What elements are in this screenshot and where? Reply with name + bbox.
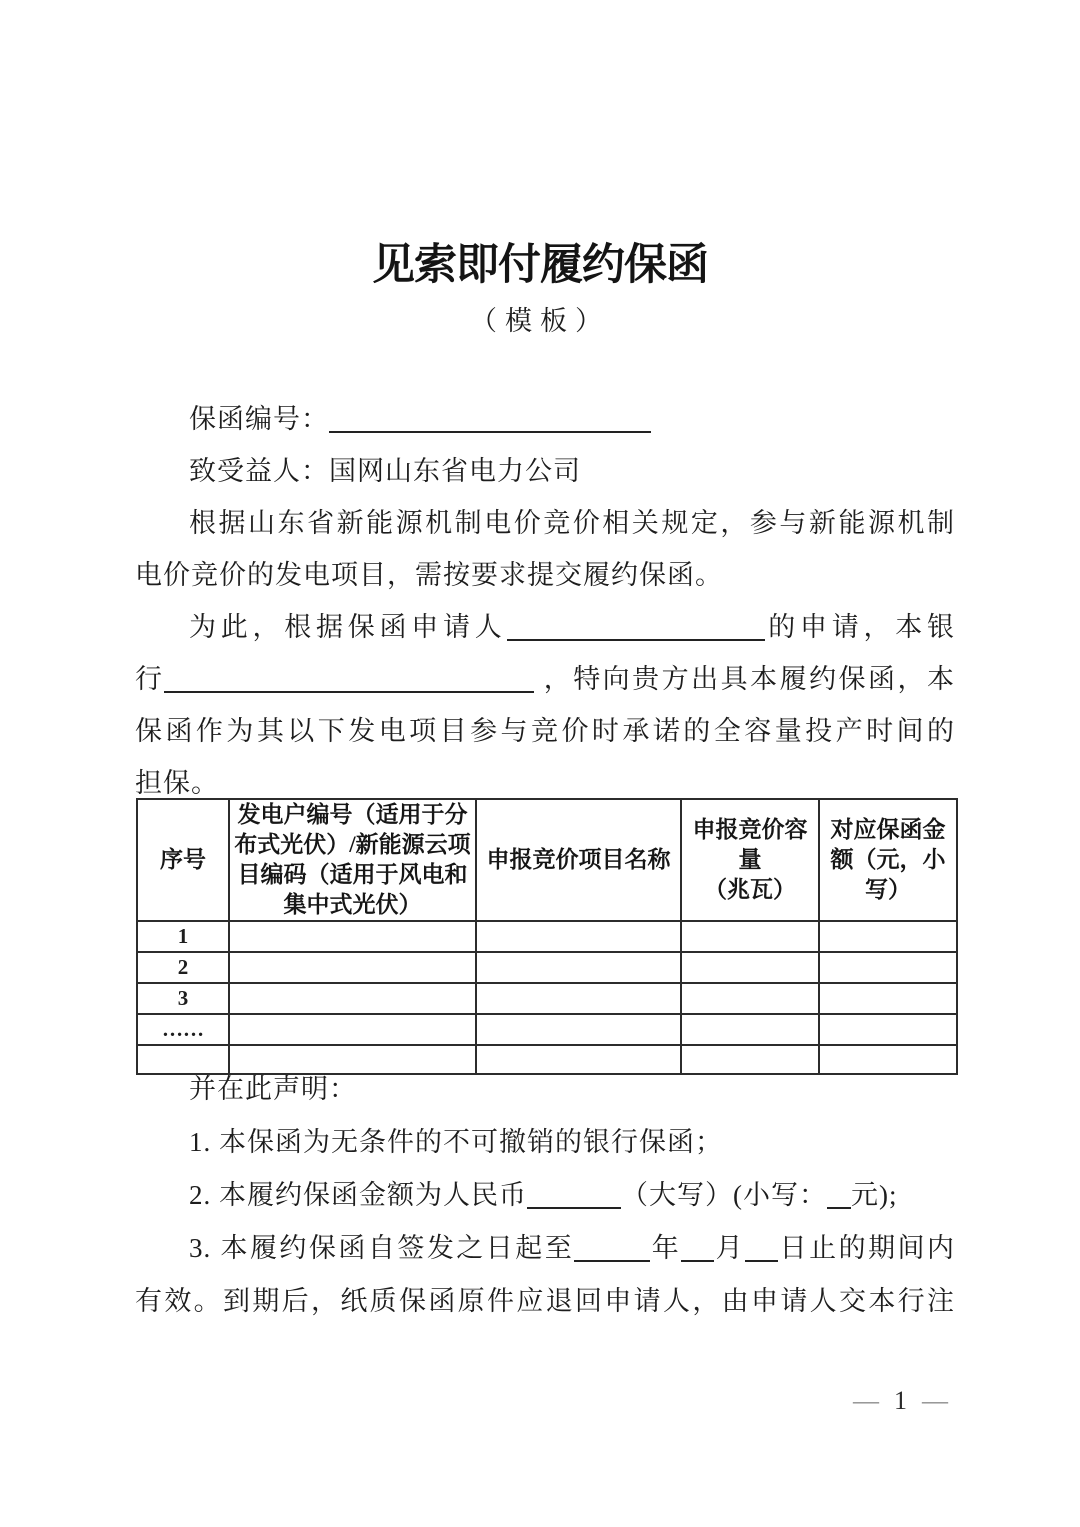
fill-in-blank [574, 1235, 650, 1262]
text-run: 保函作为其以下发电项目参与竞价时承诺的全容量投产时间的 [135, 716, 955, 746]
table-cell [476, 1014, 681, 1045]
body-text-block: 保函编号：致受益人：国网山东省电力公司根据山东省新能源机制电价竞价相关规定，参与… [135, 393, 955, 809]
fill-in-blank [527, 1182, 621, 1209]
table-cell [476, 952, 681, 983]
table-header-cell: 对应保函金 额（元，小 写） [819, 799, 957, 921]
table-header-cell: 发电户编号（适用于分 布式光伏）/新能源云项 目编码（适用于风电和 集中式光伏） [229, 799, 476, 921]
title-block: 见索即付履约保函 （模板） [0, 240, 1080, 338]
table-row: …… [137, 1014, 957, 1045]
table-cell [681, 921, 819, 952]
table-cell [819, 921, 957, 952]
table-cell: …… [137, 1014, 229, 1045]
intro-line-1: 根据山东省新能源机制电价竞价相关规定，参与新能源机制 [135, 497, 955, 549]
table-row: 3 [137, 983, 957, 1014]
table-row: 1 [137, 921, 957, 952]
table-cell [229, 983, 476, 1014]
declare-intro: 并在此声明： [135, 1063, 955, 1116]
table-cell [819, 1014, 957, 1045]
text-run: 1. 本保函为无条件的不可撤销的银行保函； [189, 1127, 723, 1157]
table-cell [229, 952, 476, 983]
table-cell [229, 1014, 476, 1045]
document-subtitle: （模板） [0, 304, 1080, 338]
declare-item-3-line-1: 3. 本履约保函自签发之日起至年月日止的期间内 [135, 1222, 955, 1275]
table-cell [476, 921, 681, 952]
fill-in-blank [827, 1182, 851, 1209]
request-line-1: 为此，根据保函申请人的申请，本银 [135, 601, 955, 653]
table-header-cell: 序号 [137, 799, 229, 921]
text-run: 2. 本履约保函金额为人民币 [189, 1180, 527, 1210]
intro-line-2: 电价竞价的发电项目，需按要求提交履约保函。 [135, 549, 955, 601]
text-run: （大写）(小写： [621, 1180, 827, 1210]
text-run: 致受益人：国网山东省电力公司 [189, 456, 581, 486]
table-row: 2 [137, 952, 957, 983]
table-header-row: 序号发电户编号（适用于分 布式光伏）/新能源云项 目编码（适用于风电和 集中式光… [137, 799, 957, 921]
page-number: 1 [894, 1386, 907, 1416]
request-line-2: 行 ，特向贵方出具本履约保函，本 [135, 653, 955, 705]
table-header-cell: 申报竞价容 量 （兆瓦） [681, 799, 819, 921]
text-run: 月 [714, 1233, 745, 1263]
fill-in-blank [329, 406, 651, 433]
document-title: 见索即付履约保函 [0, 240, 1080, 290]
fill-in-blank [681, 1235, 714, 1262]
text-run: 的申请，本银 [765, 612, 956, 642]
fill-in-blank [507, 614, 765, 641]
footer-left-dash: — [853, 1386, 879, 1416]
text-run: 年 [650, 1233, 681, 1263]
bid-projects-table: 序号发电户编号（适用于分 布式光伏）/新能源云项 目编码（适用于风电和 集中式光… [136, 798, 958, 1075]
bid-projects-table-wrap: 序号发电户编号（适用于分 布式光伏）/新能源云项 目编码（适用于风电和 集中式光… [136, 798, 956, 1075]
text-run: 担保。 [135, 768, 219, 798]
text-run: 3. 本履约保函自签发之日起至 [189, 1233, 574, 1263]
declarations-block: 并在此声明：1. 本保函为无条件的不可撤销的银行保函；2. 本履约保函金额为人民… [135, 1063, 955, 1328]
text-run: 元); [851, 1180, 898, 1210]
table-cell [819, 983, 957, 1014]
document-page: 见索即付履约保函 （模板） 保函编号：致受益人：国网山东省电力公司根据山东省新能… [0, 0, 1080, 1527]
table-cell: 3 [137, 983, 229, 1014]
declare-item-3-line-2: 有效。到期后，纸质保函原件应退回申请人，由申请人交本行注 [135, 1275, 955, 1328]
table-cell [681, 1014, 819, 1045]
table-cell [681, 983, 819, 1014]
fill-in-blank [745, 1235, 778, 1262]
text-run: 日止的期间内 [778, 1233, 955, 1263]
guarantee-number-line: 保函编号： [135, 393, 955, 445]
text-run: 并在此声明： [189, 1074, 357, 1104]
fill-in-blank [164, 666, 534, 693]
table-cell: 1 [137, 921, 229, 952]
table-cell [229, 921, 476, 952]
declare-item-1: 1. 本保函为无条件的不可撤销的银行保函； [135, 1116, 955, 1169]
footer-right-dash: — [922, 1386, 948, 1416]
table-cell [819, 952, 957, 983]
text-run: 行 [135, 664, 164, 694]
text-run: 为此，根据保函申请人 [189, 612, 507, 642]
text-run: 保函编号： [189, 404, 329, 434]
beneficiary-line: 致受益人：国网山东省电力公司 [135, 445, 955, 497]
table-cell: 2 [137, 952, 229, 983]
page-footer: — 1 — [853, 1386, 948, 1416]
text-run: 根据山东省新能源机制电价竞价相关规定，参与新能源机制 [189, 508, 955, 538]
text-run: 有效。到期后，纸质保函原件应退回申请人，由申请人交本行注 [135, 1286, 955, 1316]
declare-item-2: 2. 本履约保函金额为人民币（大写）(小写：元); [135, 1169, 955, 1222]
table-header-cell: 申报竞价项目名称 [476, 799, 681, 921]
table-cell [476, 983, 681, 1014]
table-cell [681, 952, 819, 983]
request-line-3: 保函作为其以下发电项目参与竞价时承诺的全容量投产时间的 [135, 705, 955, 757]
text-run: 电价竞价的发电项目，需按要求提交履约保函。 [135, 560, 723, 590]
text-run: ，特向贵方出具本履约保函，本 [534, 664, 955, 694]
